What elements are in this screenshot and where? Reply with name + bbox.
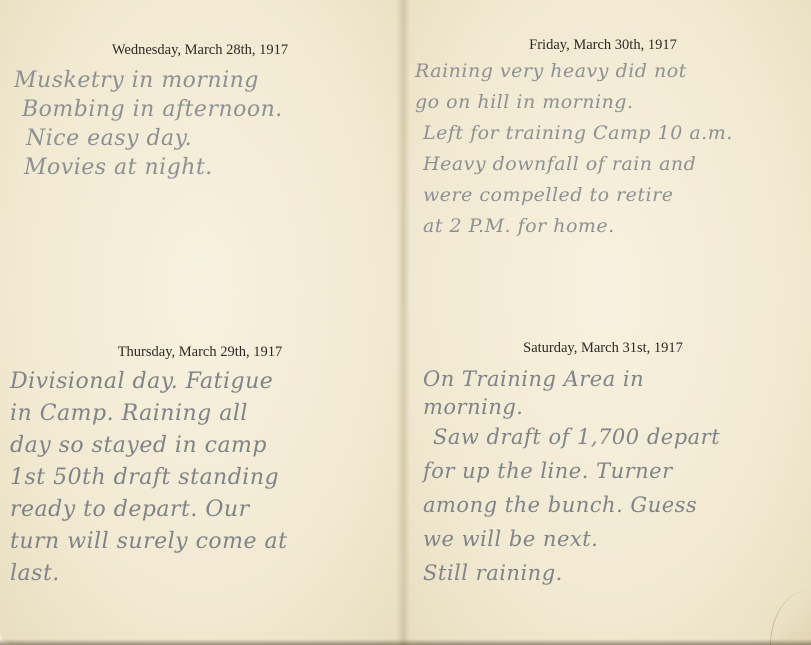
book-edge-shadow	[0, 639, 811, 645]
entry-line: in Camp. Raining all	[10, 398, 287, 430]
entry-line: Saw draft of 1,700 depart	[423, 420, 720, 454]
date-heading-march-31: Saturday, March 31st, 1917	[403, 340, 803, 357]
entry-line: go on hill in morning.	[415, 87, 733, 118]
entry-line: Nice easy day.	[14, 124, 283, 153]
entry-line: Still raining.	[423, 556, 720, 590]
entry-line: ready to depart. Our	[10, 494, 287, 526]
entry-march-28: Musketry in morning Bombing in afternoon…	[14, 66, 283, 182]
date-heading-march-28: Wednesday, March 28th, 1917	[0, 42, 400, 59]
entry-line: Bombing in afternoon.	[14, 95, 283, 124]
entry-line: Musketry in morning	[14, 66, 283, 95]
entry-line: were compelled to retire	[415, 180, 733, 211]
entry-march-31: On Training Area in morning. Saw draft o…	[423, 362, 720, 590]
open-diary: Wednesday, March 28th, 1917 Musketry in …	[0, 0, 811, 645]
left-page: Wednesday, March 28th, 1917 Musketry in …	[0, 0, 403, 645]
entry-march-29: Divisional day. Fatigue in Camp. Raining…	[10, 366, 287, 590]
date-heading-march-29: Thursday, March 29th, 1917	[0, 344, 400, 361]
date-heading-march-30: Friday, March 30th, 1917	[403, 37, 803, 54]
entry-line: at 2 P.M. for home.	[415, 211, 733, 242]
entry-line: last.	[10, 558, 287, 590]
entry-line: among the bunch. Guess	[423, 488, 720, 522]
entry-line: Heavy downfall of rain and	[415, 149, 733, 180]
page-corner-curl	[770, 590, 811, 645]
right-page: Friday, March 30th, 1917 Raining very he…	[403, 0, 811, 645]
entry-line: day so stayed in camp	[10, 430, 287, 462]
binding-stitch-bottom	[402, 395, 404, 605]
entry-march-30: Raining very heavy did not go on hill in…	[415, 56, 733, 242]
entry-line: Raining very heavy did not	[415, 56, 733, 87]
entry-line: for up the line. Turner	[423, 454, 720, 488]
entry-line: turn will surely come at	[10, 526, 287, 558]
binding-stitch-top	[402, 120, 404, 305]
entry-line: Left for training Camp 10 a.m.	[415, 118, 733, 149]
entry-line: Divisional day. Fatigue	[10, 366, 287, 398]
entry-line: Movies at night.	[14, 153, 283, 182]
entry-line: we will be next.	[423, 522, 720, 556]
entry-line: 1st 50th draft standing	[10, 462, 287, 494]
